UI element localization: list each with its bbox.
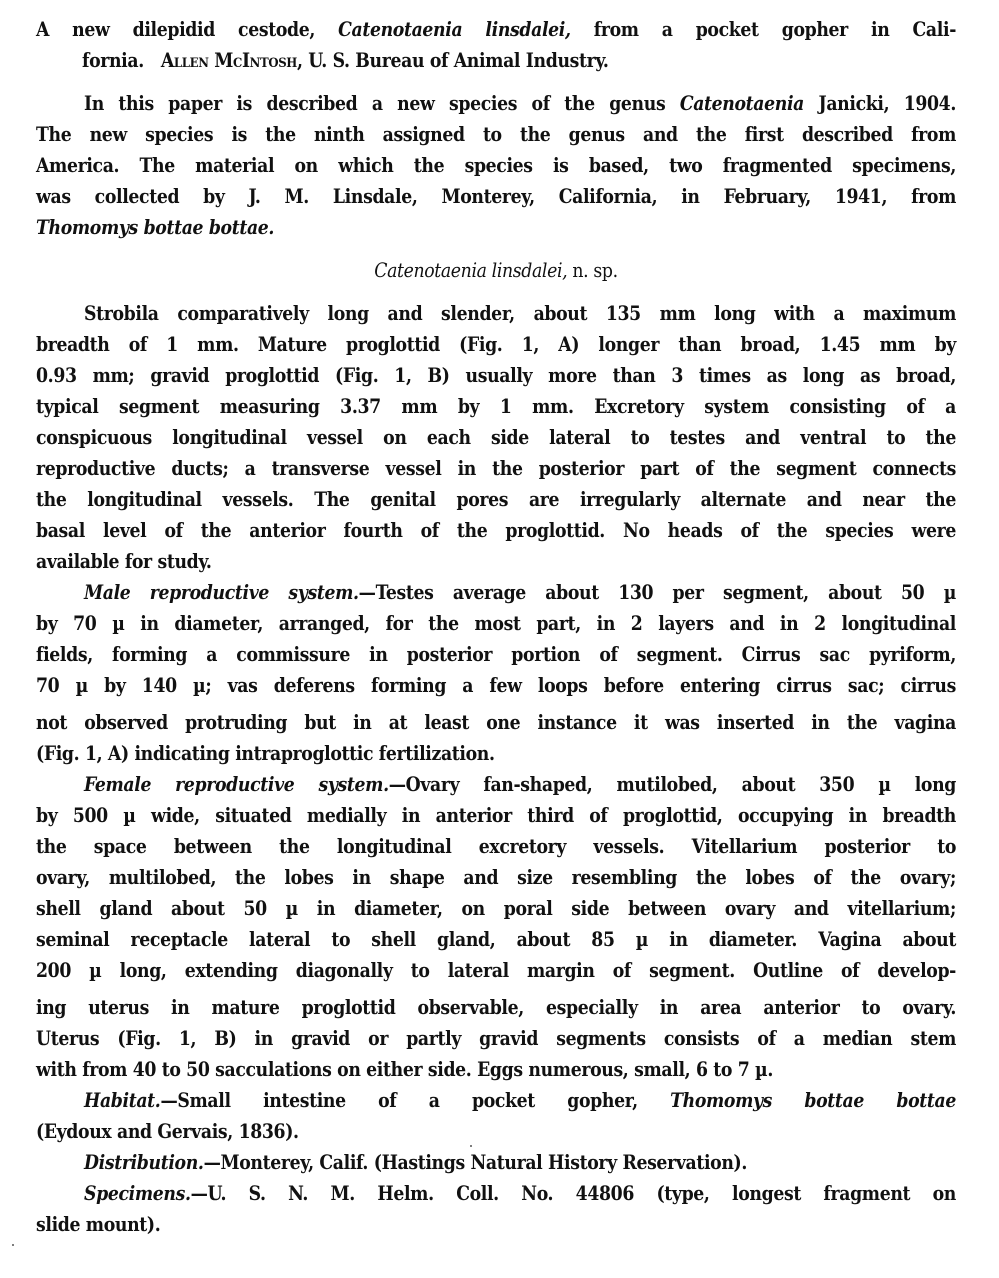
title-text: A new dilepidid cestode, <box>36 18 315 41</box>
male-system-line: by 70 µ in diameter, arranged, for the m… <box>36 608 956 639</box>
description-line: reproductive ducts; a transverse vessel … <box>36 453 956 484</box>
female-system-line: by 500 µ wide, situated medially in ante… <box>36 800 956 831</box>
habitat-paragraph: Habitat.—Small intestine of a pocket gop… <box>36 1085 956 1147</box>
scan-speck <box>470 1145 472 1147</box>
description-line: available for study. <box>36 546 956 577</box>
description-line: the longitudinal vessels. The genital po… <box>36 484 956 515</box>
description-line: conspicuous longitudinal vessel on each … <box>36 422 956 453</box>
female-system-line: with from 40 to 50 sacculations on eithe… <box>36 1054 956 1085</box>
description-paragraph: Strobila comparatively long and slender,… <box>36 298 956 577</box>
habitat-heading: Habitat. <box>84 1089 160 1112</box>
specimens-heading: Specimens. <box>84 1182 191 1205</box>
description-line: 0.93 mm; gravid proglottid (Fig. 1, B) u… <box>36 360 956 391</box>
habitat-text: —Small intestine of a pocket gopher, <box>160 1089 670 1112</box>
habitat-line: Habitat.—Small intestine of a pocket gop… <box>36 1085 956 1116</box>
female-system-paragraph: Female reproductive system.—Ovary fan-sh… <box>36 769 956 1085</box>
title-text-continued: from a pocket gopher in Cali- <box>594 18 956 41</box>
specimens-line: slide mount). <box>36 1209 956 1240</box>
intro-line: America. The material on which the speci… <box>36 150 956 181</box>
male-system-paragraph: Male reproductive system.—Testes average… <box>36 577 956 769</box>
species-heading: Catenotaenia linsdalei, n. sp. <box>36 255 956 286</box>
male-system-line: 70 µ by 140 µ; vas deferens forming a fe… <box>36 670 956 701</box>
intro-line: was collected by J. M. Linsdale, Montere… <box>36 181 956 212</box>
article-title-block: A new dilepidid cestode, Catenotaenia li… <box>36 14 956 76</box>
specimens-text: —U. S. N. M. Helm. Coll. No. 44806 (type… <box>191 1182 956 1205</box>
intro-line: In this paper is described a new species… <box>36 88 956 119</box>
male-system-line: (Fig. 1, A) indicating intraproglottic f… <box>36 738 956 769</box>
genus-name: Catenotaenia <box>680 92 804 115</box>
title-species-name: Catenotaenia linsdalei, <box>338 18 571 41</box>
male-system-text: —Testes average about 130 per segment, a… <box>359 581 956 604</box>
description-line: Strobila comparatively long and slender,… <box>36 298 956 329</box>
intro-line: The new species is the ninth assigned to… <box>36 119 956 150</box>
distribution-line: Distribution.—Monterey, Calif. (Hastings… <box>36 1147 956 1178</box>
author-affiliation: , U. S. Bureau of Animal Industry. <box>297 49 609 72</box>
specimens-line: Specimens.—U. S. N. M. Helm. Coll. No. 4… <box>36 1178 956 1209</box>
distribution-text: —Monterey, Calif. (Hastings Natural Hist… <box>204 1151 747 1174</box>
female-system-line: the space between the longitudinal excre… <box>36 831 956 862</box>
female-system-text: —Ovary fan-shaped, mutilobed, about 350 … <box>389 773 956 796</box>
habitat-host-name: Thomomys bottae bottae <box>670 1089 956 1112</box>
female-system-line: shell gland about 50 µ in diameter, on p… <box>36 893 956 924</box>
female-system-line: 200 µ long, extending diagonally to late… <box>36 955 956 986</box>
distribution-heading: Distribution. <box>84 1151 204 1174</box>
scan-speck <box>12 1244 14 1246</box>
female-system-line: Female reproductive system.—Ovary fan-sh… <box>36 769 956 800</box>
male-system-line: not observed protruding but in at least … <box>36 707 956 738</box>
intro-text: In this paper is described a new species… <box>84 92 680 115</box>
female-system-heading: Female reproductive system. <box>84 773 389 796</box>
species-heading-suffix: n. sp. <box>567 259 618 282</box>
description-line: breadth of 1 mm. Mature proglottid (Fig.… <box>36 329 956 360</box>
article-page: A new dilepidid cestode, Catenotaenia li… <box>36 14 956 1240</box>
male-system-heading: Male reproductive system. <box>84 581 359 604</box>
intro-paragraph: In this paper is described a new species… <box>36 88 956 243</box>
article-title-line-1: A new dilepidid cestode, Catenotaenia li… <box>36 14 956 45</box>
species-heading-name: Catenotaenia linsdalei, <box>374 259 567 282</box>
distribution-paragraph: Distribution.—Monterey, Calif. (Hastings… <box>36 1147 956 1178</box>
intro-text: Janicki, 1904. <box>804 92 956 115</box>
male-system-line: fields, forming a commissure in posterio… <box>36 639 956 670</box>
title-text-end: fornia. <box>82 49 144 72</box>
description-line: basal level of the anterior fourth of th… <box>36 515 956 546</box>
description-line: typical segment measuring 3.37 mm by 1 m… <box>36 391 956 422</box>
female-system-line: ovary, multilobed, the lobes in shape an… <box>36 862 956 893</box>
female-system-line: ing uterus in mature proglottid observab… <box>36 992 956 1023</box>
author-name: Allen McIntosh <box>161 49 297 72</box>
specimens-paragraph: Specimens.—U. S. N. M. Helm. Coll. No. 4… <box>36 1178 956 1240</box>
male-system-line: Male reproductive system.—Testes average… <box>36 577 956 608</box>
article-title-line-2: fornia. Allen McIntosh, U. S. Bureau of … <box>36 45 956 76</box>
habitat-line: (Eydoux and Gervais, 1836). <box>36 1116 956 1147</box>
host-species-name: Thomomys bottae bottae. <box>36 212 956 243</box>
female-system-line: Uterus (Fig. 1, B) in gravid or partly g… <box>36 1023 956 1054</box>
female-system-line: seminal receptacle lateral to shell glan… <box>36 924 956 955</box>
